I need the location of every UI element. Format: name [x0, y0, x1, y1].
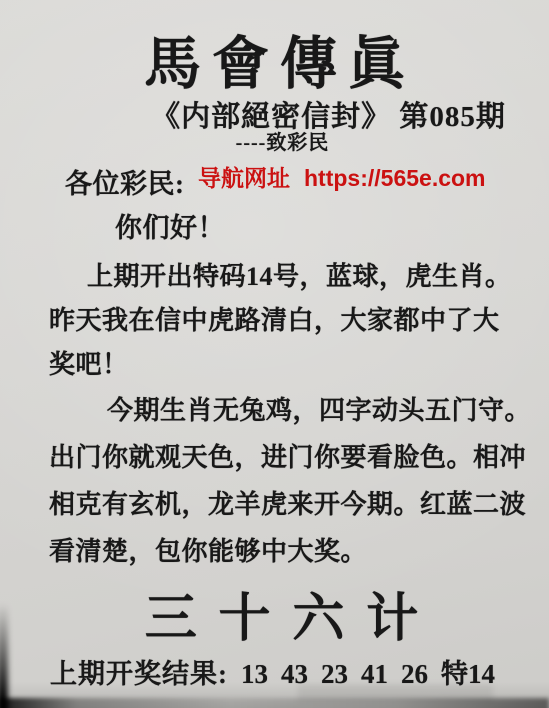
letter-body: 各位彩民: 你们好！ 上期开出特码14号，蓝球，虎生肖。 昨天我在信中虎路清白，…: [49, 165, 541, 575]
letter-line: 看清楚，包你能够中大奖。: [49, 528, 541, 575]
letter-line: 奖吧！: [49, 343, 541, 387]
watermark-label: 导航网址: [198, 160, 290, 193]
letter-line: 今期生肖无兔鸡，四字动头五门守。: [49, 387, 541, 434]
letter-salute: 你们好！: [49, 205, 541, 255]
watermark-url: https://565e.com: [304, 165, 486, 192]
fax-sheet: { "header": { "title": "馬會傳眞", "subtitle…: [0, 0, 549, 708]
letter-paragraph-2: 今期生肖无兔鸡，四字动头五门守。 出门你就观天色，进门你要看脸色。相冲 相克有玄…: [49, 387, 541, 575]
letter-line: 昨天我在信中虎路清白，大家都中了大: [49, 299, 541, 343]
site-watermark: 导航网址 https://565e.com: [198, 160, 486, 193]
letter-line: 出门你就观天色，进门你要看脸色。相冲: [49, 434, 541, 481]
strategy-heading: 三十六计: [0, 576, 549, 651]
letter-line: 上期开出特码14号，蓝球，虎生肖。: [49, 255, 541, 299]
letter-paragraph-1: 上期开出特码14号，蓝球，虎生肖。 昨天我在信中虎路清白，大家都中了大 奖吧！: [49, 255, 541, 387]
dedication-line: ----致彩民: [0, 126, 549, 155]
photo-shadow-left-edge: [0, 589, 8, 708]
photo-shadow-bottom-edge: [0, 698, 549, 708]
letter-line: 相克有玄机，龙羊虎来开今期。红蓝二波: [49, 481, 541, 528]
masthead-title: 馬會傳眞: [0, 18, 549, 100]
